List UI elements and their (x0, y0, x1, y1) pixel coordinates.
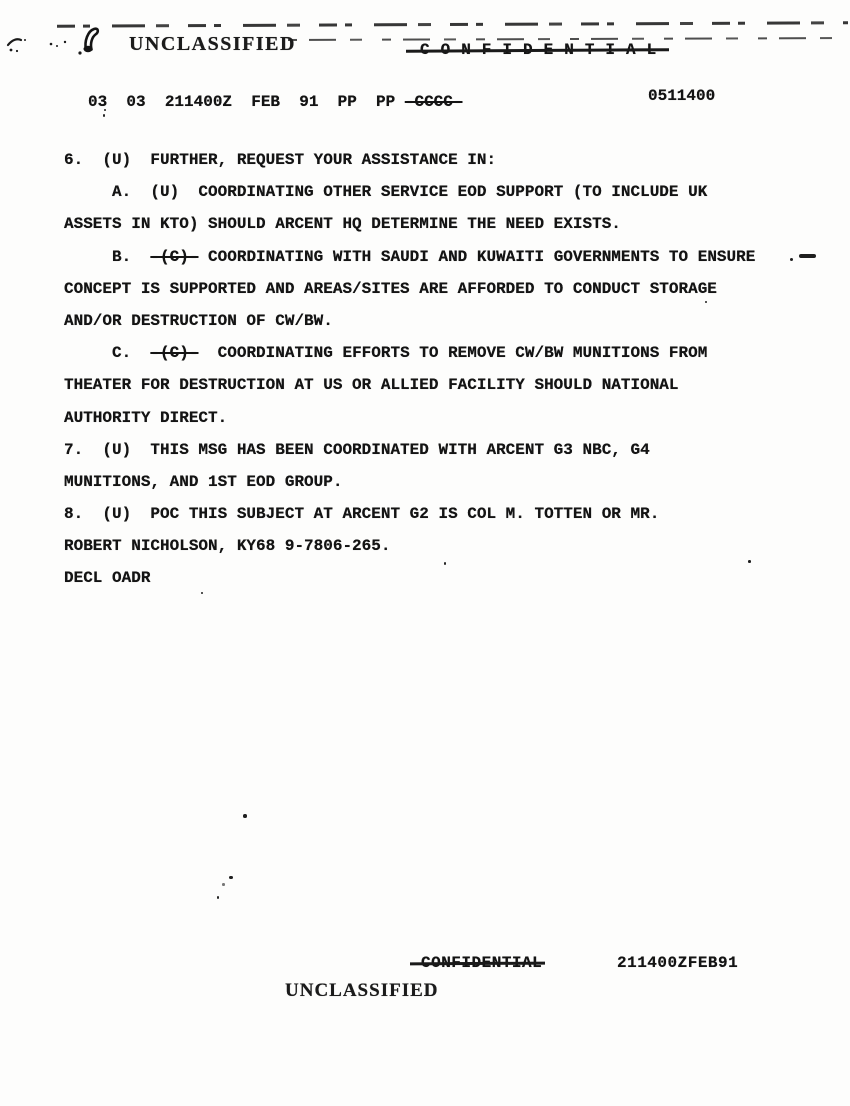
message-header-tokens: 03 03 211400Z FEB 91 PP PP -CCCC- (88, 86, 462, 118)
text-segment: 6. (U) FURTHER, REQUEST YOUR ASSISTANCE … (64, 151, 496, 169)
text-line: 03 03 211400Z FEB 91 PP PP -CCCC- (88, 86, 462, 118)
struck-classification-marking: -(C)- (150, 248, 198, 266)
confidential-stamp-top-struck: CONFIDENTIAL (420, 41, 667, 59)
text-line: MUNITIONS, AND 1ST EOD GROUP. (64, 466, 755, 498)
text-line: CONCEPT IS SUPPORTED AND AREAS/SITES ARE… (64, 273, 755, 305)
text-line: 6. (U) FURTHER, REQUEST YOUR ASSISTANCE … (64, 144, 755, 176)
unclassified-stamp-bottom: UNCLASSIFIED (285, 980, 438, 1001)
text-line: AND/OR DESTRUCTION OF CW/BW. (64, 305, 755, 337)
text-segment: AND/OR DESTRUCTION OF CW/BW. (64, 312, 333, 330)
scan-speck (748, 560, 751, 563)
date-time-group: 211400ZFEB91 (617, 954, 738, 972)
scan-speck (790, 258, 793, 261)
text-line: DECL OADR (64, 562, 755, 594)
text-segment: C. (64, 344, 150, 362)
text-line: C. -(C)- COORDINATING EFFORTS TO REMOVE … (64, 337, 755, 369)
scan-speck (222, 883, 225, 886)
pen-dash-mark (799, 254, 816, 258)
text-line: AUTHORITY DIRECT. (64, 402, 755, 434)
text-line: B. -(C)- COORDINATING WITH SAUDI AND KUW… (64, 241, 755, 273)
text-segment: DECL OADR (64, 569, 150, 587)
scan-speck (243, 814, 247, 818)
message-body-text: 6. (U) FURTHER, REQUEST YOUR ASSISTANCE … (64, 144, 755, 595)
text-line: THEATER FOR DESTRUCTION AT US OR ALLIED … (64, 369, 755, 401)
header-serial-number: 0511400 (648, 86, 715, 106)
scan-speck (103, 114, 105, 117)
scan-speck (705, 301, 707, 303)
text-segment: COORDINATING EFFORTS TO REMOVE CW/BW MUN… (198, 344, 707, 362)
text-segment: B. (64, 248, 150, 266)
text-segment: CONCEPT IS SUPPORTED AND AREAS/SITES ARE… (64, 280, 717, 298)
scan-speck (217, 896, 219, 899)
text-line: ASSETS IN KTO) SHOULD ARCENT HQ DETERMIN… (64, 208, 755, 240)
text-line: 7. (U) THIS MSG HAS BEEN COORDINATED WIT… (64, 434, 755, 466)
text-segment: MUNITIONS, AND 1ST EOD GROUP. (64, 473, 342, 491)
confidential-stamp-bottom-struck: CONFIDENTIAL (421, 954, 542, 972)
struck-classification-marking: -(C)- (150, 344, 198, 362)
text-segment: 8. (U) POC THIS SUBJECT AT ARCENT G2 IS … (64, 505, 659, 523)
text-line: A. (U) COORDINATING OTHER SERVICE EOD SU… (64, 176, 755, 208)
scan-speck (444, 562, 446, 565)
text-segment: THEATER FOR DESTRUCTION AT US OR ALLIED … (64, 376, 679, 394)
text-segment: ASSETS IN KTO) SHOULD ARCENT HQ DETERMIN… (64, 215, 621, 233)
text-segment: 7. (U) THIS MSG HAS BEEN COORDINATED WIT… (64, 441, 650, 459)
scan-speck (104, 109, 106, 111)
struck-classification-marking: -CCCC- (405, 93, 463, 111)
text-segment: COORDINATING WITH SAUDI AND KUWAITI GOVE… (198, 248, 755, 266)
text-segment: A. (U) COORDINATING OTHER SERVICE EOD SU… (64, 183, 707, 201)
text-segment: 03 03 211400Z FEB 91 PP PP (88, 93, 405, 111)
scan-speck (229, 876, 233, 879)
text-segment: ROBERT NICHOLSON, KY68 9-7806-265. (64, 537, 390, 555)
text-line: ROBERT NICHOLSON, KY68 9-7806-265. (64, 530, 755, 562)
unclassified-stamp-top: UNCLASSIFIED (129, 33, 296, 55)
text-line: 8. (U) POC THIS SUBJECT AT ARCENT G2 IS … (64, 498, 755, 530)
scan-noise-dashed-line-top (57, 21, 848, 27)
text-segment: AUTHORITY DIRECT. (64, 409, 227, 427)
scanned-document-page: UNCLASSIFIED CONFIDENTIAL 03 03 211400Z … (0, 0, 850, 1106)
pen-scribble-icon (4, 24, 108, 56)
scan-speck (201, 592, 203, 594)
